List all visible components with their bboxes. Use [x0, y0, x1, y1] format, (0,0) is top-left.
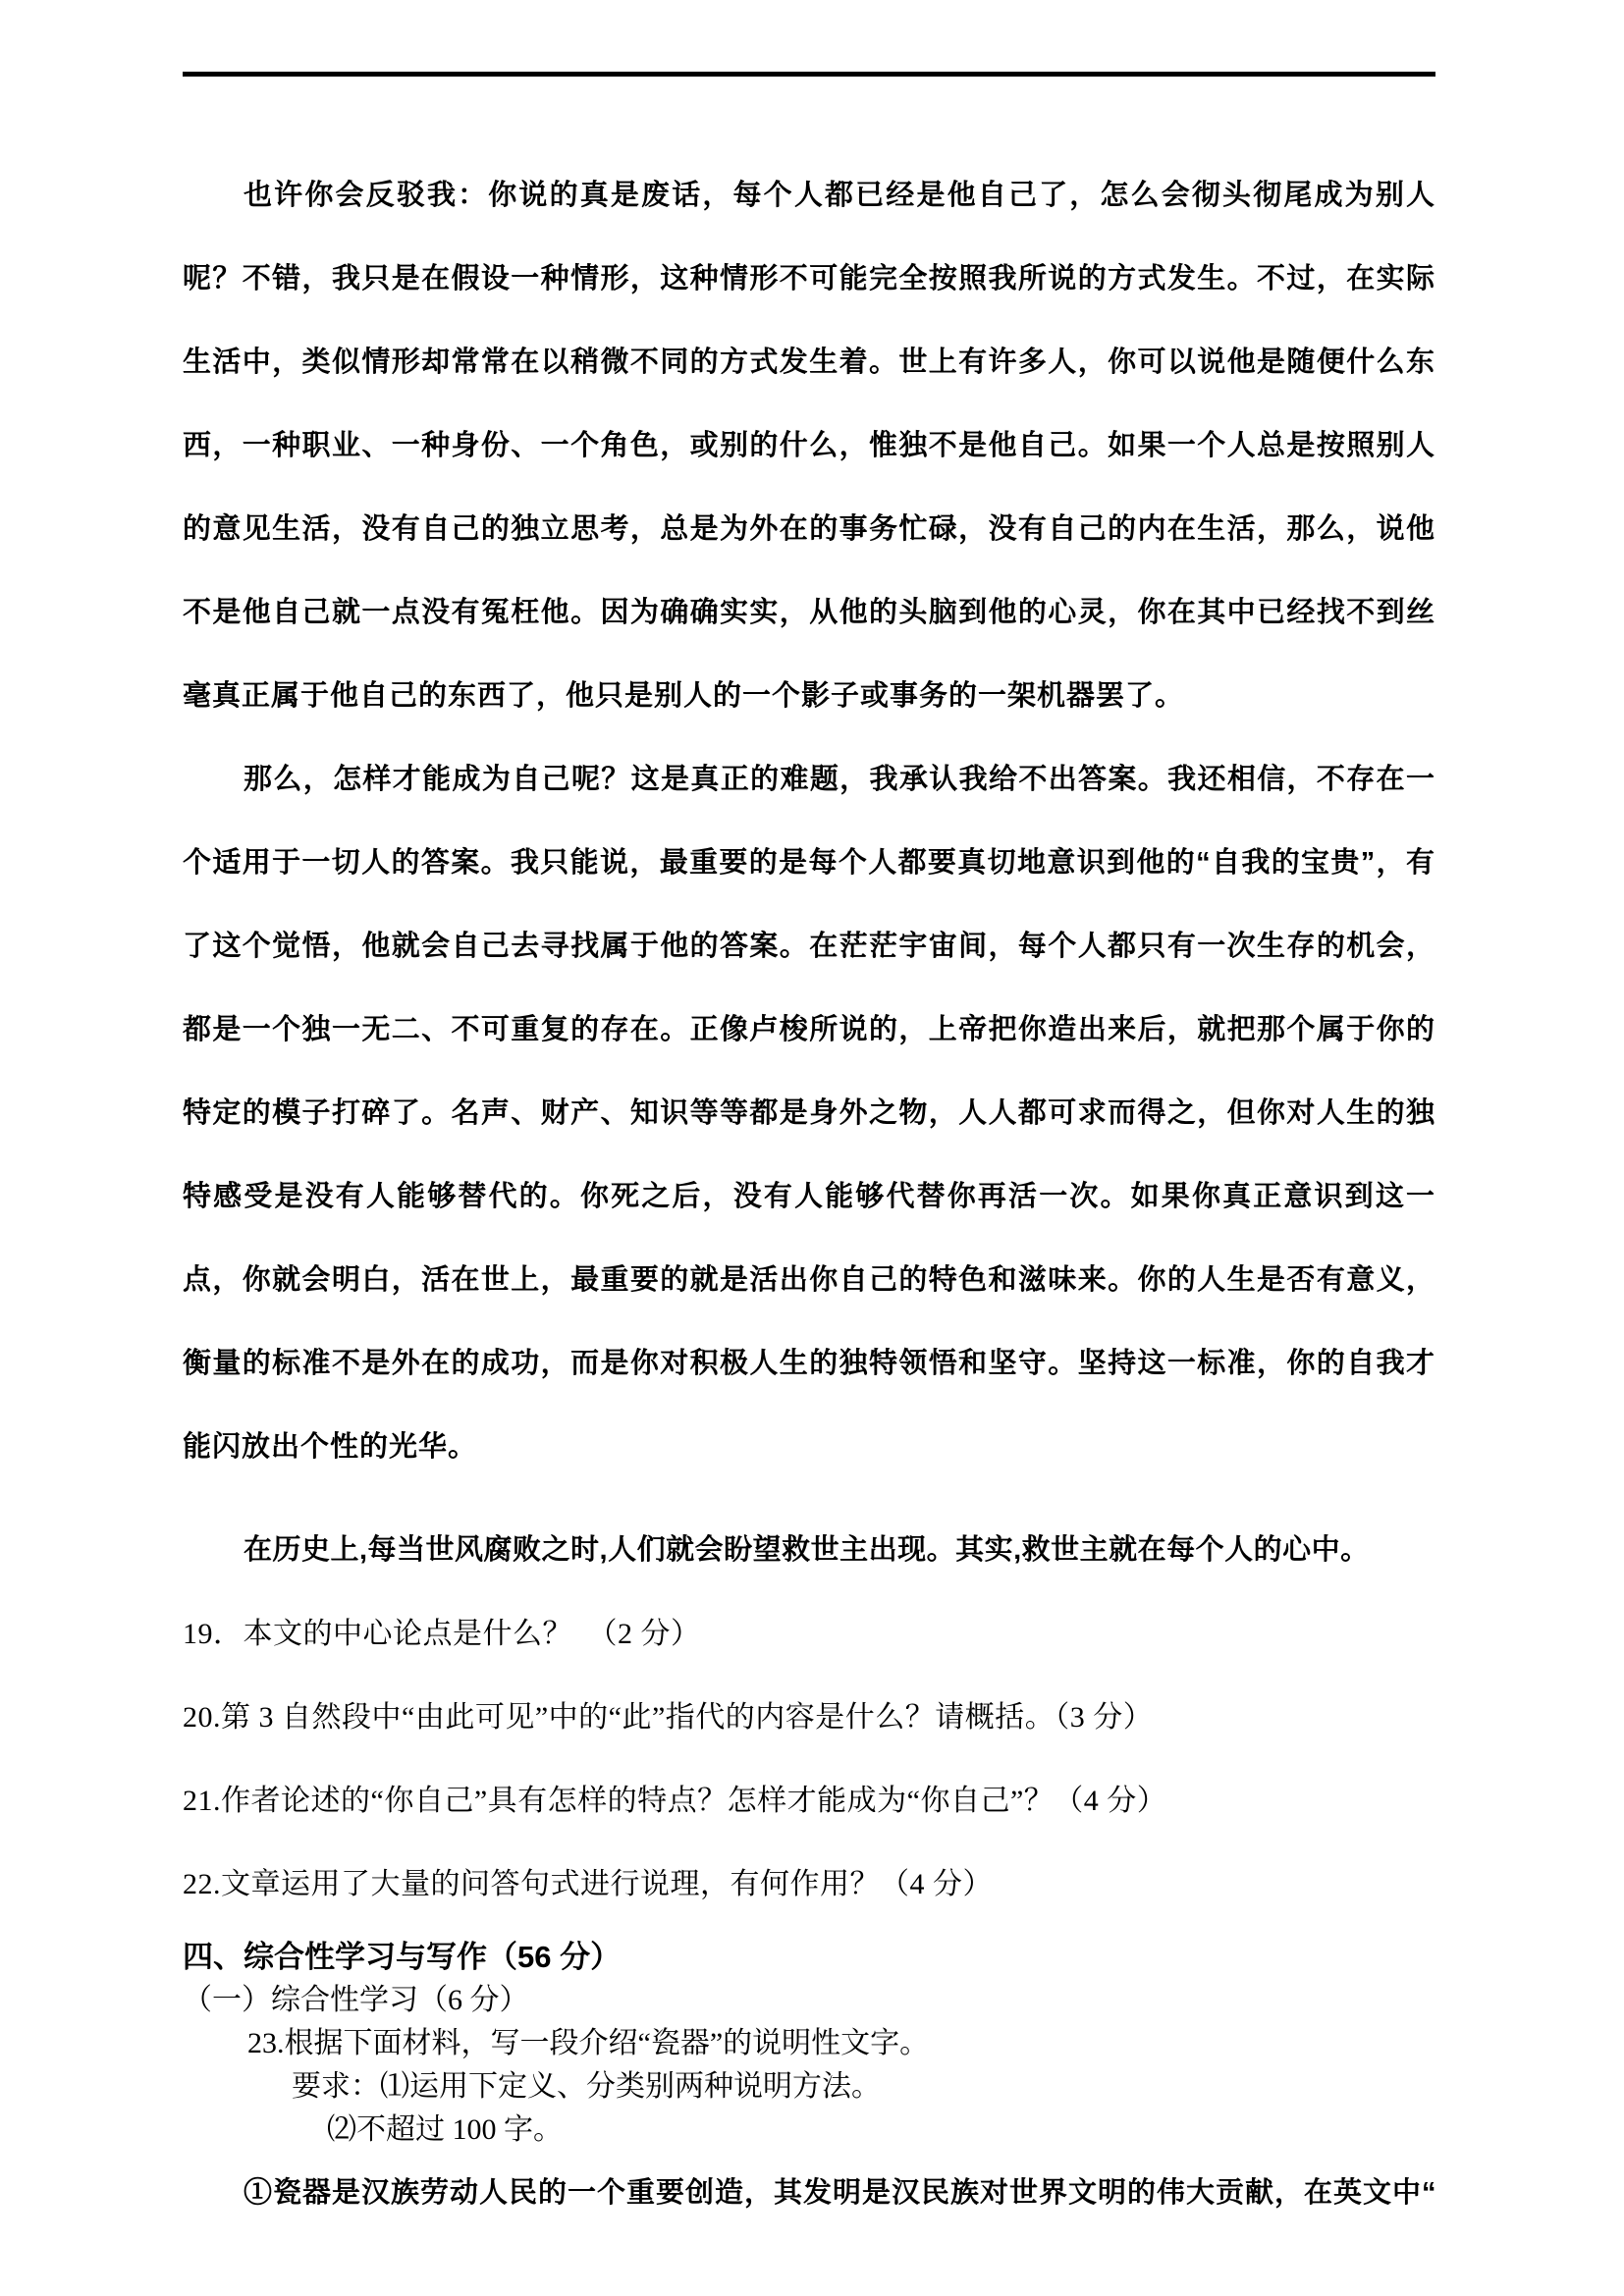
requirement-1: 要求：⑴运用下定义、分类别两种说明方法。: [183, 2065, 1435, 2109]
section-heading: 四、综合性学习与写作（56 分）: [183, 1936, 1435, 1979]
question-22: 22.文章运用了大量的问答句式进行说理，有何作用？（4 分）: [183, 1842, 1435, 1926]
question-20: 20.第 3 自然段中“由此可见”中的“此”指代的内容是什么？请概括。（3 分）: [183, 1676, 1435, 1759]
passage-paragraph-1: 也许你会反驳我：你说的真是废话，每个人都已经是他自己了，怎么会彻头彻尾成为别人呢…: [183, 154, 1435, 738]
document-page: 也许你会反驳我：你说的真是废话，每个人都已经是他自己了，怎么会彻头彻尾成为别人呢…: [0, 0, 1624, 2296]
requirement-2: ⑵不超过 100 字。: [183, 2109, 1435, 2152]
question-23: 23.根据下面材料，写一段介绍“瓷器”的说明性文字。: [183, 2022, 1435, 2065]
question-21: 21.作者论述的“你自己”具有怎样的特点？怎样才能成为“你自己”？（4 分）: [183, 1759, 1435, 1842]
question-19: 19．本文的中心论点是什么？ （2 分）: [183, 1592, 1435, 1676]
material-paragraph-1: ①瓷器是汉族劳动人民的一个重要创造，其发明是汉民族对世界文明的伟大贡献，在英文中…: [183, 2152, 1435, 2235]
page-content: 也许你会反驳我：你说的真是废话，每个人都已经是他自己了，怎么会彻头彻尾成为别人呢…: [183, 0, 1435, 2235]
subsection-heading: （一）综合性学习（6 分）: [183, 1979, 1435, 2022]
passage-paragraph-2: 那么，怎样才能成为自己呢？这是真正的难题，我承认我给不出答案。我还相信，不存在一…: [183, 738, 1435, 1489]
passage-paragraph-3: 在历史上,每当世风腐败之时,人们就会盼望救世主出现。其实,救世主就在每个人的心中…: [183, 1509, 1435, 1592]
